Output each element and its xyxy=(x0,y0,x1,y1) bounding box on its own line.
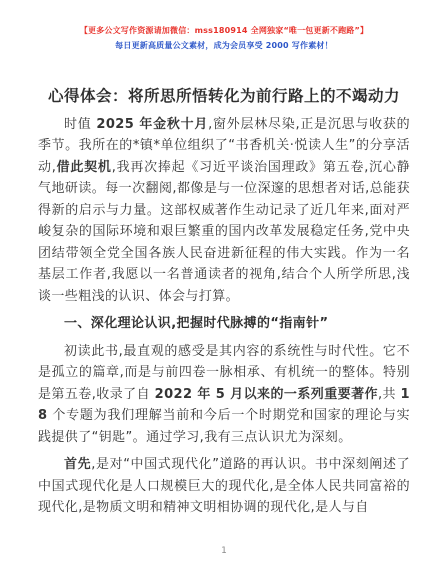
section-heading-1: 一、深化理论认识,把握时代脉搏的“指南针” xyxy=(38,313,410,335)
ad-banner-line-2: 每日更新高质量公文素材，成为会员享受 2000 写作素材！ xyxy=(0,36,448,51)
document-title: 心得体会：将所思所悟转化为前行路上的不竭动力 xyxy=(40,84,408,108)
ad-banner-line-1: 【更多公文写作资源请加微信：mss180914 全网独家“唯一包更新不跑路”】 xyxy=(0,0,448,36)
paragraph-theory: 初读此书,最直观的感受是其内容的系统性与时代性。它不是孤立的篇章,而是与前四卷一… xyxy=(38,341,410,449)
document-page: 【更多公文写作资源请加微信：mss180914 全网独家“唯一包更新不跑路”】 … xyxy=(0,0,448,580)
paragraph-intro: 时值 2025 年金秋十月,窗外层林尽染,正是沉思与收获的季节。我所在的*镇*单… xyxy=(38,114,410,308)
page-number: 1 xyxy=(0,546,448,556)
paragraph-modernization: 首先,是对“中国式现代化”道路的再认识。书中深刻阐述了中国式现代化是人口规模巨大… xyxy=(38,454,410,519)
document-body: 时值 2025 年金秋十月,窗外层林尽染,正是沉思与收获的季节。我所在的*镇*单… xyxy=(38,114,410,519)
